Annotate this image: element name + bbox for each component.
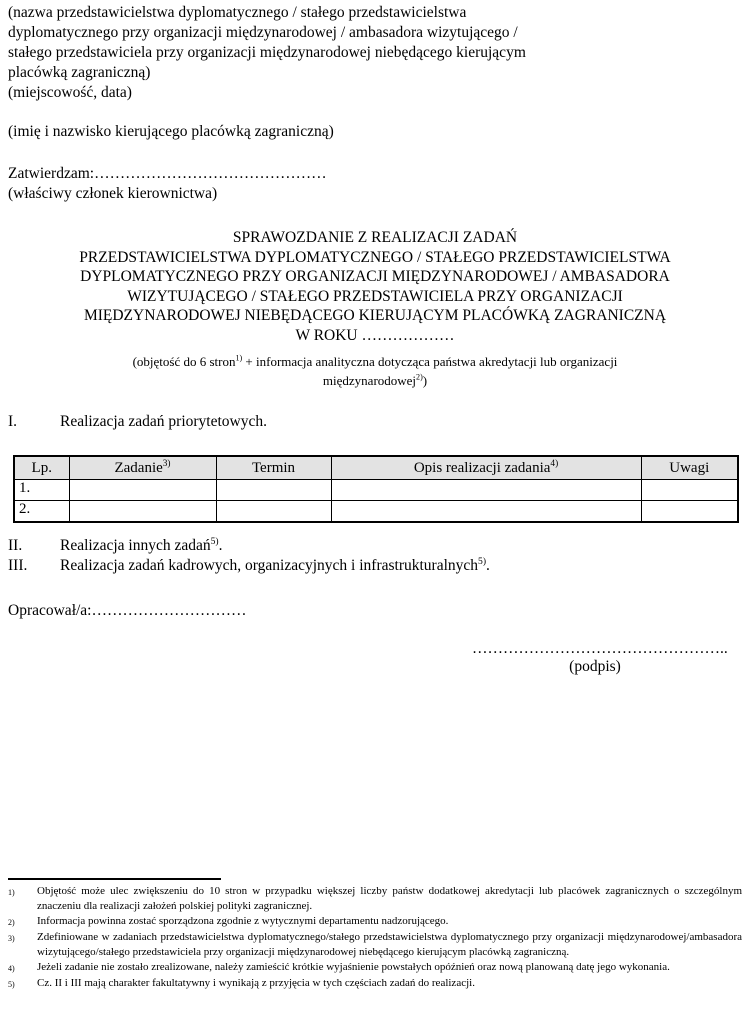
uwagi-cell [641, 501, 738, 523]
zadanie-cell [69, 501, 216, 523]
document-title: SPRAWOZDANIE Z REALIZACJI ZADAŃ PRZEDSTA… [0, 228, 750, 345]
title-line: WIZYTUJĄCEGO / STAŁEGO PRZEDSTAWICIELA P… [0, 287, 750, 307]
approval-block: Zatwierdzam:……………………………………… (właściwy cz… [8, 164, 327, 204]
footnote-marker: 5) [8, 976, 37, 992]
table-row: 1. [14, 480, 738, 501]
footnote-marker: 1) [8, 884, 37, 914]
section-heading-2: II.Realizacja innych zadań5). [8, 536, 490, 556]
section-heading-1: I.Realizacja zadań priorytetowych. [8, 412, 267, 432]
opis-cell [331, 501, 641, 523]
document-subtitle: (objętość do 6 stron1) + informacja anal… [0, 352, 750, 390]
signature-line: ………………………………………….. [472, 640, 744, 658]
footnote-2: 2) Informacja powinna zostać sporządzona… [8, 914, 742, 930]
signature-block: ………………………………………….. (podpis) [472, 640, 744, 676]
opis-cell [331, 480, 641, 501]
uwagi-cell [641, 480, 738, 501]
footnote-ref-2: 2) [416, 373, 423, 382]
footnote-1: 1) Objętość może ulec zwiększeniu do 10 … [8, 884, 742, 914]
title-year-line: W ROKU ……………… [0, 326, 750, 346]
section-numeral: III. [8, 556, 60, 576]
footnote-ref-5: 5) [211, 536, 219, 547]
table-header-uwagi: Uwagi [641, 456, 738, 480]
footnote-4: 4) Jeżeli zadanie nie zostało zrealizowa… [8, 960, 742, 976]
report-form-document: (nazwa przedstawicielstwa dyplomatyczneg… [0, 0, 750, 1030]
row-number-cell: 2. [14, 501, 69, 523]
title-line: SPRAWOZDANIE Z REALIZACJI ZADAŃ [0, 228, 750, 248]
place-date-caption: (miejscowość, data) [8, 83, 526, 103]
footnote-text: Cz. II i III mają charakter fakultatywny… [37, 976, 742, 992]
title-line: DYPLOMATYCZNEGO PRZY ORGANIZACJI MIĘDZYN… [0, 267, 750, 287]
footnote-separator [8, 878, 221, 880]
section-heading-3: III.Realizacja zadań kadrowych, organiza… [8, 556, 490, 576]
subtitle-line: (objętość do 6 stron1) + informacja anal… [0, 352, 750, 371]
table-header-termin: Termin [216, 456, 331, 480]
table-header-row: Lp. Zadanie3) Termin Opis realizacji zad… [14, 456, 738, 480]
table-header-zadanie: Zadanie3) [69, 456, 216, 480]
termin-cell [216, 480, 331, 501]
addressee-line: dyplomatycznego przy organizacji międzyn… [8, 23, 526, 43]
signature-caption: (podpis) [472, 658, 718, 676]
approval-caption: (właściwy członek kierownictwa) [8, 184, 327, 204]
footnote-3: 3) Zdefiniowane w zadaniach przedstawici… [8, 930, 742, 960]
row-number-cell: 1. [14, 480, 69, 501]
approval-line: Zatwierdzam:……………………………………… [8, 164, 327, 184]
footnotes-block: 1) Objętość może ulec zwiększeniu do 10 … [8, 884, 742, 992]
footnote-ref-5: 5) [478, 556, 486, 567]
footnote-ref-4: 4) [550, 459, 558, 469]
section-numeral: II. [8, 536, 60, 556]
table-header-opis: Opis realizacji zadania4) [331, 456, 641, 480]
addressee-line: stałego przedstawiciela przy organizacji… [8, 43, 526, 63]
table-row: 2. [14, 501, 738, 523]
addressee-line: placówką zagraniczną) [8, 63, 526, 83]
table-header-lp: Lp. [14, 456, 69, 480]
footnote-marker: 3) [8, 930, 37, 960]
footnote-text: Zdefiniowane w zadaniach przedstawiciels… [37, 930, 742, 960]
section-numeral: I. [8, 412, 60, 432]
title-line: PRZEDSTAWICIELSTWA DYPLOMATYCZNEGO / STA… [0, 248, 750, 268]
footnote-marker: 2) [8, 914, 37, 930]
termin-cell [216, 501, 331, 523]
footnote-text: Informacja powinna zostać sporządzona zg… [37, 914, 742, 930]
title-line: MIĘDZYNARODOWEJ NIEBĘDĄCEGO KIERUJĄCYM P… [0, 306, 750, 326]
footnote-text: Objętość może ulec zwiększeniu do 10 str… [37, 884, 742, 914]
footnote-ref-3: 3) [163, 459, 171, 469]
addressee-line: (nazwa przedstawicielstwa dyplomatyczneg… [8, 3, 526, 23]
section-headings-2-3: II.Realizacja innych zadań5). III.Realiz… [8, 536, 490, 576]
head-of-mission-caption: (imię i nazwisko kierującego placówką za… [8, 122, 334, 142]
footnote-marker: 4) [8, 960, 37, 976]
zadanie-cell [69, 480, 216, 501]
footnote-5: 5) Cz. II i III mają charakter fakultaty… [8, 976, 742, 992]
prepared-by-line: Opracował/a:………………………… [8, 601, 247, 621]
priority-tasks-table: Lp. Zadanie3) Termin Opis realizacji zad… [13, 455, 739, 523]
footnote-text: Jeżeli zadanie nie zostało zrealizowane,… [37, 960, 742, 976]
addressee-block: (nazwa przedstawicielstwa dyplomatyczneg… [8, 3, 526, 103]
subtitle-line: międzynarodowej2)) [0, 371, 750, 390]
